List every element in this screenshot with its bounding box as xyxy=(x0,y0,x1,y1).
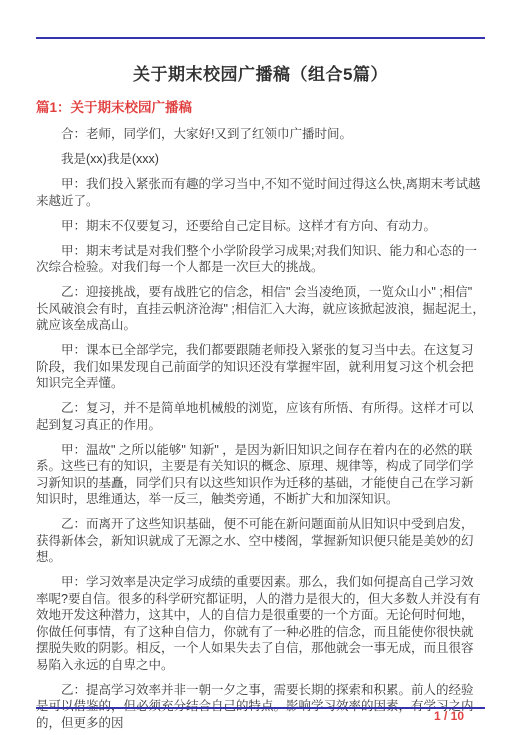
document-content: 关于期末校园广播稿（组合5篇） 篇1：关于期末校园广播稿 合：老师，同学们，大家… xyxy=(36,0,485,735)
paragraph: 甲：我们投入紧张而有趣的学习当中,不知不觉时间过得这么快,离期末考试越来越近了。 xyxy=(36,176,485,209)
page-indicator: 1 / 10 xyxy=(434,710,464,723)
paragraph: 甲：学习效率是决定学习成绩的重要因素。那么，我们如何提高自己学习效率呢?要自信。… xyxy=(36,574,485,673)
footer-divider xyxy=(36,707,485,709)
paragraph: 我是(xx)我是(xxx) xyxy=(36,151,485,168)
paragraph: 甲：温故" 之所以能够" 知新" ，是因为新旧知识之间存在着内在的必然的联系。这… xyxy=(36,442,485,508)
paragraph: 乙：复习，并不是简单地机械般的浏览，应该有所悟、有所得。这样才可以起到复习真正的… xyxy=(36,400,485,433)
paragraph: 甲：期末考试是对我们整个小学阶段学习成果;对我们知识、能力和心态的一次综合检验。… xyxy=(36,243,485,276)
document-body: 合：老师，同学们，大家好!又到了红领巾广播时间。 我是(xx)我是(xxx) 甲… xyxy=(36,126,485,731)
paragraph: 乙：迎接挑战，要有战胜它的信念，相信" 会当凌绝顶，一览众山小" ;相信" 长风… xyxy=(36,284,485,334)
page-title: 关于期末校园广播稿（组合5篇） xyxy=(36,64,485,86)
section-heading: 篇1：关于期末校园广播稿 xyxy=(36,100,485,115)
paragraph: 乙：而离开了这些知识基础，便不可能在新问题面前从旧知识中受到启发，获得新体会，新… xyxy=(36,516,485,566)
paragraph: 甲：期末不仅要复习，还要给自己定目标。这样才有方向、有动力。 xyxy=(36,218,485,235)
paragraph: 甲：课本已全部学完，我们都要跟随老师投入紧张的复习当中去。在这复习阶段，我们如果… xyxy=(36,342,485,392)
paragraph: 合：老师，同学们，大家好!又到了红领巾广播时间。 xyxy=(36,126,485,143)
document-page: 关于期末校园广播稿（组合5篇） 篇1：关于期末校园广播稿 合：老师，同学们，大家… xyxy=(0,0,520,735)
